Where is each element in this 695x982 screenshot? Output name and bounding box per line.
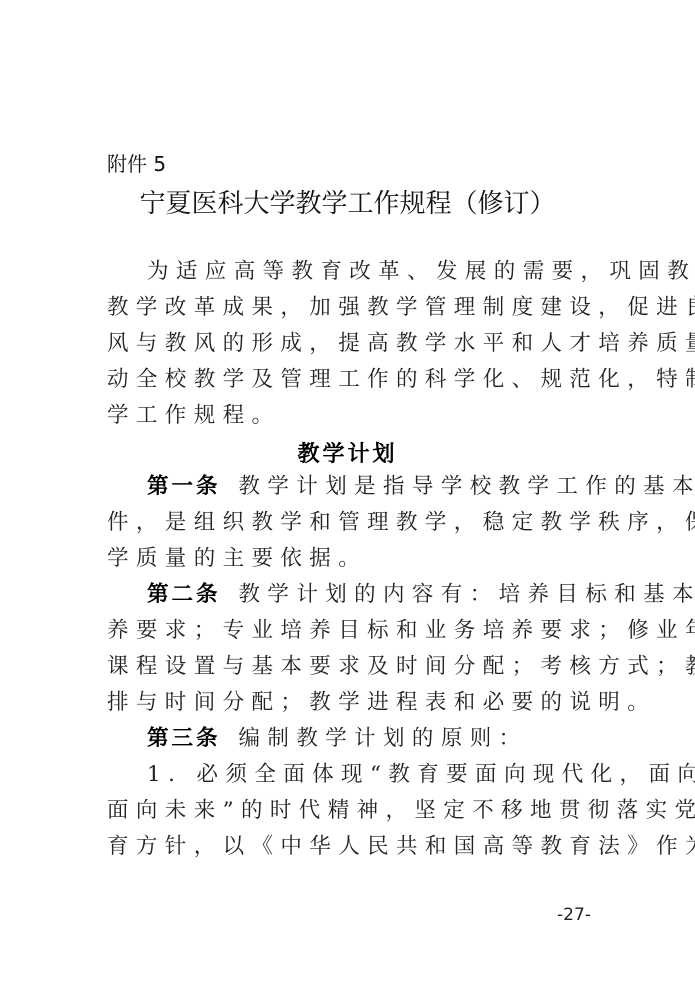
preamble-line: 教学改革成果，加强教学管理制度建设，促进良好学 bbox=[107, 296, 607, 320]
article-3-label: 第三条 bbox=[147, 726, 221, 751]
article-2-line: 第二条教学计划的内容有：培养目标和基本培 bbox=[147, 583, 647, 607]
preamble-line: 风与教风的形成，提高教学水平和人才培养质量，推 bbox=[107, 332, 607, 356]
article-1-line: 件，是组织教学和管理教学，稳定教学秩序，保证教 bbox=[107, 511, 607, 535]
article-2-label: 第二条 bbox=[147, 582, 221, 607]
article-2-line: 排与时间分配；教学进程表和必要的说明。 bbox=[107, 691, 607, 715]
preamble-line: 动全校教学及管理工作的科学化、规范化，特制定教 bbox=[107, 368, 607, 392]
article-2-line: 养要求；专业培养目标和业务培养要求；修业年限； bbox=[107, 619, 607, 643]
article-1-text: 教学计划是指导学校教学工作的基本文 bbox=[239, 474, 695, 499]
attachment-label: 附件 5 bbox=[107, 148, 166, 177]
article-3-line: 第三条编制教学计划的原则： bbox=[147, 727, 647, 751]
item-1-line: 1. 必须全面体现“教育要面向现代化，面向世界， bbox=[147, 763, 647, 787]
article-2-text: 教学计划的内容有：培养目标和基本培 bbox=[239, 582, 695, 607]
item-1-line: 面向未来”的时代精神，坚定不移地贯彻落实党的教 bbox=[107, 799, 607, 823]
article-2-line: 课程设置与基本要求及时间分配；考核方式；教学安 bbox=[107, 655, 607, 679]
preamble-line: 为适应高等教育改革、发展的需要，巩固教育、 bbox=[147, 260, 647, 284]
article-3-text: 编制教学计划的原则： bbox=[239, 726, 528, 751]
article-1-line: 学质量的主要依据。 bbox=[107, 547, 607, 571]
document-title: 宁夏医科大学教学工作规程（修订） bbox=[0, 183, 695, 220]
article-1-line: 第一条教学计划是指导学校教学工作的基本文 bbox=[147, 475, 647, 499]
section-heading: 教学计划 bbox=[0, 437, 695, 468]
item-1-line: 育方针，以《中华人民共和国高等教育法》作为根本 bbox=[107, 835, 607, 859]
article-1-label: 第一条 bbox=[147, 474, 221, 499]
preamble-line: 学工作规程。 bbox=[107, 404, 607, 428]
page-number: -27- bbox=[557, 905, 591, 925]
